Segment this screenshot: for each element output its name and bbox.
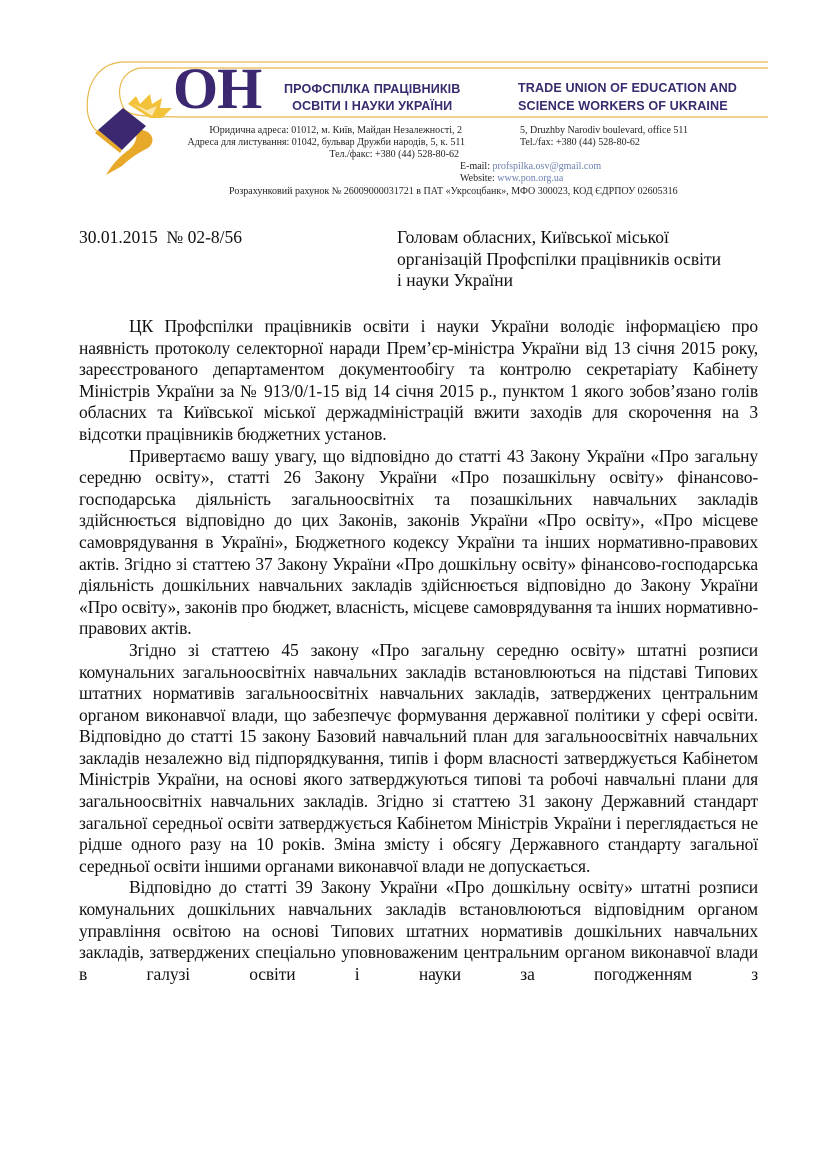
- phone-fax-ua: Тел./факс: +380 (44) 528-80-62: [188, 149, 460, 161]
- contact-info: E-mail: profspilka.osv@gmail.com Website…: [460, 161, 601, 185]
- mailing-address: Адреса для листування: 01042, бульвар Др…: [188, 137, 466, 149]
- legal-address: Юридична адреса: 01012, м. Київ, Майдан …: [188, 125, 463, 137]
- phone-fax-en: Tel./fax: +380 (44) 528-80-62: [520, 137, 688, 149]
- letter-body: ЦК Профспілки працівників освіти і науки…: [79, 316, 758, 985]
- addressee-line: організацій Профспілки працівників освіт…: [397, 249, 767, 271]
- logo-book-icon: [95, 94, 172, 175]
- paragraph: Відповідно до статті 39 Закону України «…: [79, 877, 758, 985]
- website-link[interactable]: www.pon.org.ua: [497, 173, 563, 184]
- paragraph: Привертаємо вашу увагу, що відповідно до…: [79, 446, 758, 640]
- addressee-line: і науки України: [397, 270, 767, 292]
- address-ua: Юридична адреса: 01012, м. Київ, Майдан …: [188, 125, 463, 161]
- org-name-en-line2: SCIENCE WORKERS OF UKRAINE: [518, 97, 737, 115]
- org-name-en-line1: TRADE UNION OF EDUCATION AND: [518, 79, 737, 97]
- letterhead: ОН ПРОФСПІЛКА ПРАЦІВНИКІВ ОСВІТИ І НАУКИ…: [0, 0, 827, 205]
- email-label: E-mail:: [460, 161, 493, 172]
- org-name-ua-line1: ПРОФСПІЛКА ПРАЦІВНИКІВ: [284, 81, 460, 98]
- email-link[interactable]: profspilka.osv@gmail.com: [493, 161, 602, 172]
- addressee-block: Головам обласних, Київської міської орга…: [397, 227, 767, 292]
- addressee-line: Головам обласних, Київської міської: [397, 227, 767, 249]
- address-en: 5, Druzhby Narodiv boulevard, office 511…: [520, 125, 688, 149]
- bank-details: Розрахунковий рахунок № 26009000031721 в…: [229, 186, 678, 198]
- paragraph: Згідно зі статтею 45 закону «Про загальн…: [79, 640, 758, 878]
- org-name-en: TRADE UNION OF EDUCATION AND SCIENCE WOR…: [518, 79, 737, 115]
- org-name-ua-line2: ОСВІТИ І НАУКИ УКРАЇНИ: [284, 98, 460, 115]
- document-reference: 30.01.2015 № 02-8/56: [79, 227, 242, 249]
- logo-text: ОН: [173, 60, 261, 118]
- website-label: Website:: [460, 173, 497, 184]
- org-name-ua: ПРОФСПІЛКА ПРАЦІВНИКІВ ОСВІТИ І НАУКИ УК…: [284, 81, 460, 115]
- address-en-line: 5, Druzhby Narodiv boulevard, office 511: [520, 125, 688, 137]
- paragraph: ЦК Профспілки працівників освіти і науки…: [79, 316, 758, 446]
